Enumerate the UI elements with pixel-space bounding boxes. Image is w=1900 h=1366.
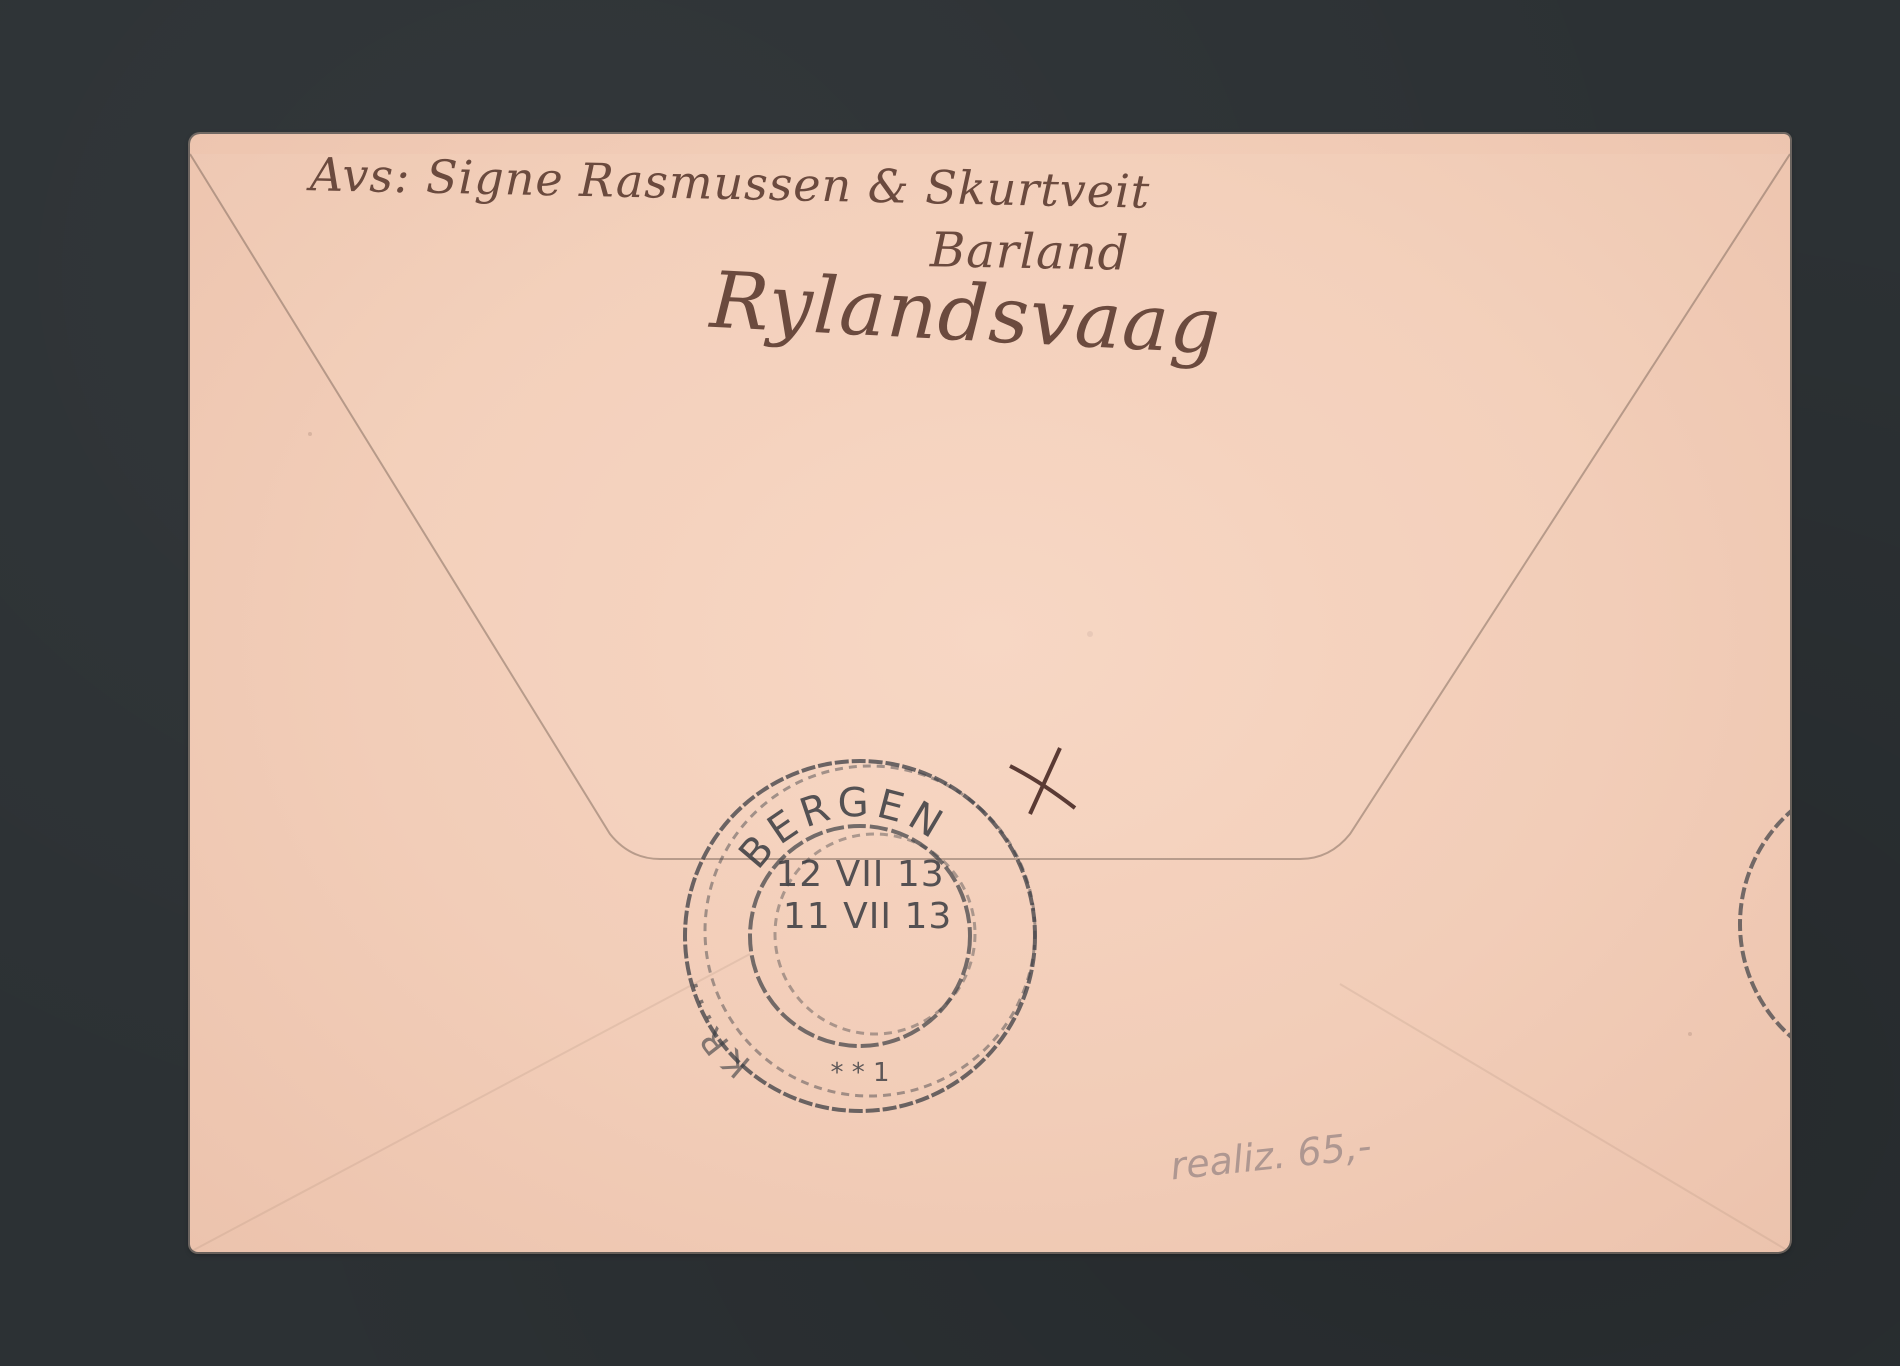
right-edge-postmark: KR... bbox=[1730, 764, 1790, 1084]
bergen-postmark: BERGEN KR... * * 1 12 VII 13 11 VII 13 bbox=[670, 746, 1050, 1126]
pen-cross-mark bbox=[1000, 746, 1080, 816]
svg-text:KR...: KR... bbox=[665, 972, 758, 1086]
partial-postmark-rings: KR... bbox=[1730, 764, 1790, 1084]
bergen-date: 12 VII 13 bbox=[775, 854, 944, 895]
kristiansand-date: 11 VII 13 bbox=[783, 896, 952, 937]
svg-text:* * 1: * * 1 bbox=[830, 1058, 889, 1088]
envelope-back: Avs: Signe Rasmussen & Skurtveit Barland… bbox=[190, 134, 1790, 1252]
